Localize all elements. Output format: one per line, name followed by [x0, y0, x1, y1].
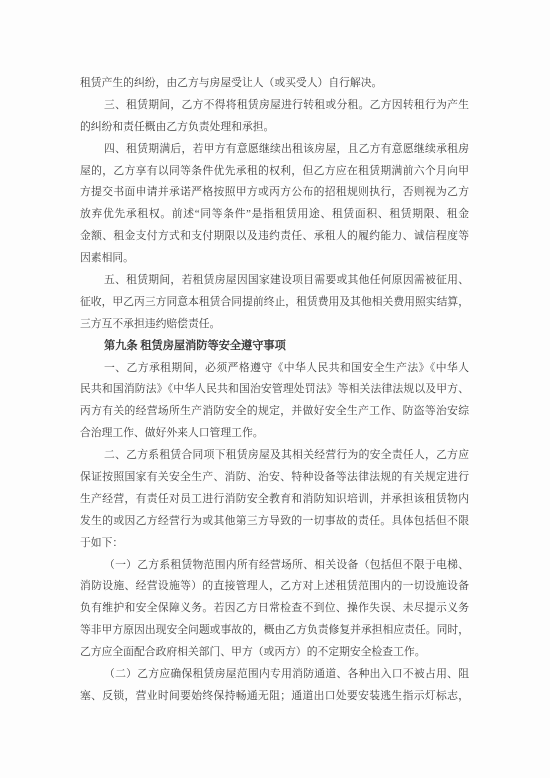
- text-line: 三方互不承担违约赔偿责任。: [80, 314, 469, 336]
- contract-page: 租赁产生的纠纷，由乙方与房屋受让人（或买受人）自行解决。三、租赁期间，乙方不得将…: [0, 0, 550, 778]
- text-line: 五、租赁期间，若租赁房屋因国家建设项目需要或其他任何原因需被征用、: [80, 270, 469, 292]
- section-heading: 第九条 租赁房屋消防等安全遵守事项: [80, 336, 469, 358]
- text-line: 三、租赁期间，乙方不得将租赁房屋进行转租或分租。乙方因转租行为产生: [80, 95, 469, 117]
- text-line: 一、乙方承租期间，必须严格遵守《中华人民共和国安全生产法》《中华人: [80, 358, 469, 380]
- text-line: 塞、反锁，营业时间要始终保持畅通无阻；通道出口处要安装逃生指示灯标志，: [80, 686, 469, 708]
- text-line: 于如下：: [80, 533, 469, 555]
- text-line: 生产经营，有责任对员工进行消防安全教育和消防知识培训，并承担该租赁物内: [80, 489, 469, 511]
- text-line: 金额、租金支付方式和支付期限以及违约责任、承租人的履约能力、诚信程度等: [80, 226, 469, 248]
- text-line: 的纠纷和责任概由乙方负责处理和承担。: [80, 117, 469, 139]
- text-line: 四、租赁期满后，若甲方有意愿继续出租该房屋，且乙方有意愿继续承租房: [80, 139, 469, 161]
- text-line: 等非甲方原因出现安全问题或事故的，概由乙方负责修复并承担相应责任。同时，: [80, 620, 469, 642]
- text-line: 租赁产生的纠纷，由乙方与房屋受让人（或买受人）自行解决。: [80, 73, 469, 95]
- text-line: 二、乙方系租赁合同项下租赁房屋及其相关经营行为的安全责任人，乙方应: [80, 445, 469, 467]
- text-line: 负有维护和安全保障义务。若因乙方日常检查不到位、操作失误、未尽提示义务: [80, 598, 469, 620]
- text-line: 屋的，乙方享有以同等条件优先承租的权利，但乙方应在租赁期满前六个月向甲: [80, 161, 469, 183]
- text-line: 发生的或因乙方经营行为或其他第三方导致的一切事故的责任。具体包括但不限: [80, 511, 469, 533]
- text-line: 放弃优先承租权。前述“同等条件”是指租赁用途、租赁面积、租赁期限、租金: [80, 204, 469, 226]
- text-line: 保证按照国家有关安全生产、消防、治安、特种设备等法律法规的有关规定进行: [80, 467, 469, 489]
- text-line: 因素相同。: [80, 248, 469, 270]
- text-line: 征收，甲乙丙三方同意本租赁合同提前终止，租赁费用及其他相关费用照实结算，: [80, 292, 469, 314]
- contract-text-block: 租赁产生的纠纷，由乙方与房屋受让人（或买受人）自行解决。三、租赁期间，乙方不得将…: [80, 73, 469, 708]
- text-line: 丙方有关的经营场所生产消防安全的规定，并做好安全生产工作、防盗等治安综: [80, 401, 469, 423]
- text-line: 方提交书面申请并承诺严格按照甲方或丙方公布的招租规则执行，否则视为乙方: [80, 182, 469, 204]
- text-line: 乙方应全面配合政府相关部门、甲方（或丙方）的不定期安全检查工作。: [80, 642, 469, 664]
- text-line: 民共和国消防法》《中华人民共和国治安管理处罚法》等相关法律法规以及甲方、: [80, 379, 469, 401]
- text-line: （二）乙方应确保租赁房屋范围内专用消防通道、各种出入口不被占用、阻: [80, 664, 469, 686]
- text-line: （一）乙方系租赁物范围内所有经营场所、相关设备（包括但不限于电梯、: [80, 555, 469, 577]
- text-line: 消防设施、经营设施等）的直接管理人，乙方对上述租赁范围内的一切设施设备: [80, 576, 469, 598]
- text-line: 合治理工作、做好外来人口管理工作。: [80, 423, 469, 445]
